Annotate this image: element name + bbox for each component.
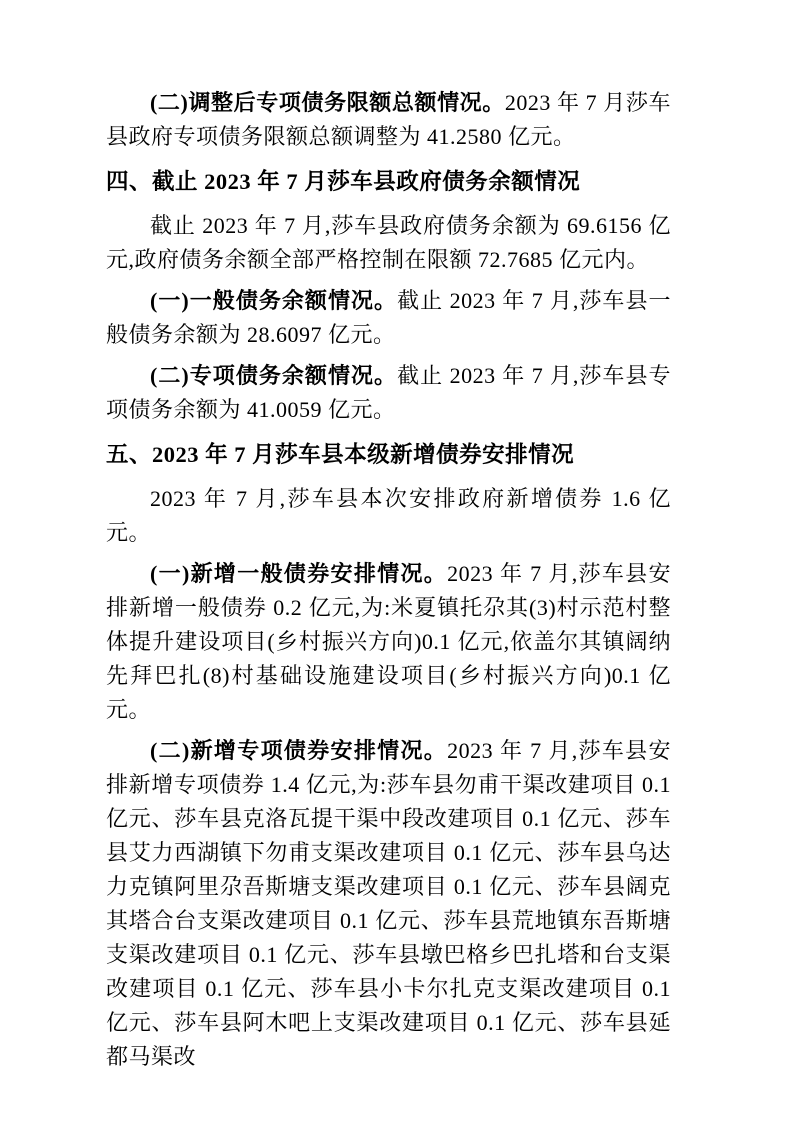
paragraph-lead: (一)一般债务余额情况。	[150, 288, 397, 313]
paragraph-new-general-bonds: (一)新增一般债券安排情况。2023 年 7 月,莎车县安排新增一般债券 0.2…	[106, 557, 671, 727]
paragraph-lead: (二)专项债务余额情况。	[150, 363, 397, 388]
paragraph-lead: (二)新增专项债券安排情况。	[150, 738, 447, 763]
paragraph-new-special-bonds: (二)新增专项债券安排情况。2023 年 7 月,莎车县安排新增专项债券 1.4…	[106, 734, 671, 1074]
paragraph-special-debt-balance: (二)专项债务余额情况。截止 2023 年 7 月,莎车县专项债务余额为 41.…	[106, 359, 671, 427]
paragraph-general-debt-balance: (一)一般债务余额情况。截止 2023 年 7 月,莎车县一般债务余额为 28.…	[106, 284, 671, 352]
paragraph-text: 2023 年 7 月,莎车县安排新增专项债券 1.4 亿元,为:莎车县勿甫干渠改…	[106, 738, 671, 1069]
paragraph-new-bond-total: 2023 年 7 月,莎车县本次安排政府新增债券 1.6 亿元。	[106, 482, 671, 550]
paragraph-lead: (二)调整后专项债务限额总额情况。	[150, 90, 505, 115]
document-page: (二)调整后专项债务限额总额情况。2023 年 7 月莎车县政府专项债务限额总额…	[0, 0, 793, 1122]
paragraph-lead: (一)新增一般债券安排情况。	[150, 561, 447, 586]
paragraph-text: 2023 年 7 月,莎车县本次安排政府新增债券 1.6 亿元。	[106, 486, 671, 545]
paragraph-text: 截止 2023 年 7 月,莎车县政府债务余额为 69.6156 亿元,政府债务…	[106, 213, 671, 272]
paragraph-total-debt-balance: 截止 2023 年 7 月,莎车县政府债务余额为 69.6156 亿元,政府债务…	[106, 209, 671, 277]
section-heading-debt-balance: 四、截止 2023 年 7 月莎车县政府债务余额情况	[106, 164, 671, 199]
paragraph-adjusted-special-debt-limit: (二)调整后专项债务限额总额情况。2023 年 7 月莎车县政府专项债务限额总额…	[106, 86, 671, 154]
section-heading-new-bond-arrangement: 五、2023 年 7 月莎车县本级新增债券安排情况	[106, 437, 671, 472]
